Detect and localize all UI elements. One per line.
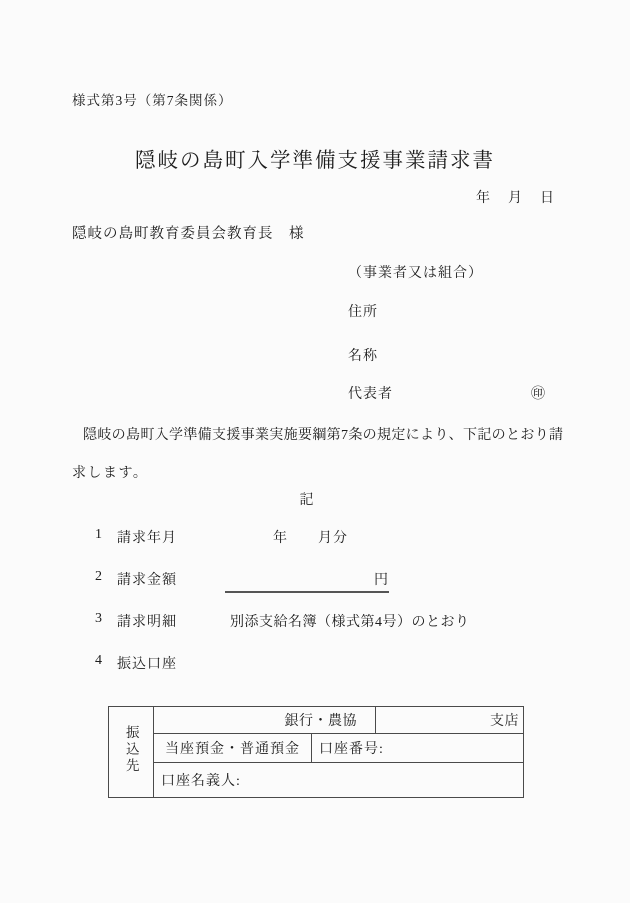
seal-mark-icon: ㊞ <box>531 383 545 403</box>
table-rowheader-transfer-to: 振込先 <box>109 707 154 798</box>
item-label: 請求明細 <box>117 611 177 631</box>
account-holder-cell: 口座名義人: <box>154 763 524 798</box>
body-text-line1: 隠岐の島町入学準備支援事業実施要綱第7条の規定により、下記のとおり請 <box>72 424 563 444</box>
account-number-cell: 口座番号: <box>312 734 524 763</box>
form-number: 様式第3号（第7条関係） <box>72 89 233 109</box>
addressee: 隠岐の島町教育委員会教育長 様 <box>72 222 305 243</box>
transfer-account-table: 振込先 銀行・農協 支店 当座預金・普通預金 口座番号: 口座名義人: <box>108 706 524 798</box>
item-billing-period: 1 請求年月 年 月分 <box>95 527 348 547</box>
item-number: 1 <box>95 527 102 543</box>
item-value: 別添支給名簿（様式第4号）のとおり <box>230 611 470 631</box>
note-header: 記 <box>0 489 614 509</box>
transfer-to-label: 振込先 <box>124 725 138 775</box>
branch-name-cell: 支店 <box>376 707 524 734</box>
document-page: 様式第3号（第7条関係） 隠岐の島町入学準備支援事業請求書 年 月 日 隠岐の島… <box>0 0 630 903</box>
item-value: 年 月分 <box>273 527 348 547</box>
bank-name-cell: 銀行・農協 <box>154 707 376 734</box>
date-line: 年 月 日 <box>476 187 556 207</box>
item-label: 請求年月 <box>117 527 177 547</box>
applicant-group-label: （事業者又は組合） <box>348 262 483 282</box>
applicant-name-label: 名称 <box>348 345 378 365</box>
item-number: 4 <box>95 653 102 669</box>
representative-label: 代表者 <box>348 383 393 403</box>
item-label: 請求金額 <box>117 569 177 589</box>
item-transfer-account: 4 振込口座 <box>95 653 177 673</box>
representative-row: 代表者 ㊞ <box>348 383 545 403</box>
item-billing-detail: 3 請求明細 別添支給名簿（様式第4号）のとおり <box>95 611 470 631</box>
body-text-line2: 求します。 <box>72 462 148 482</box>
amount-blank-field: 円 <box>225 569 389 593</box>
item-number: 2 <box>95 569 102 585</box>
page-title: 隠岐の島町入学準備支援事業請求書 <box>0 143 630 173</box>
account-type-cell: 当座預金・普通預金 <box>154 734 312 763</box>
item-label: 振込口座 <box>117 653 177 673</box>
item-number: 3 <box>95 611 102 627</box>
applicant-address-label: 住所 <box>348 301 378 321</box>
item-billing-amount: 2 請求金額 円 <box>95 569 389 593</box>
